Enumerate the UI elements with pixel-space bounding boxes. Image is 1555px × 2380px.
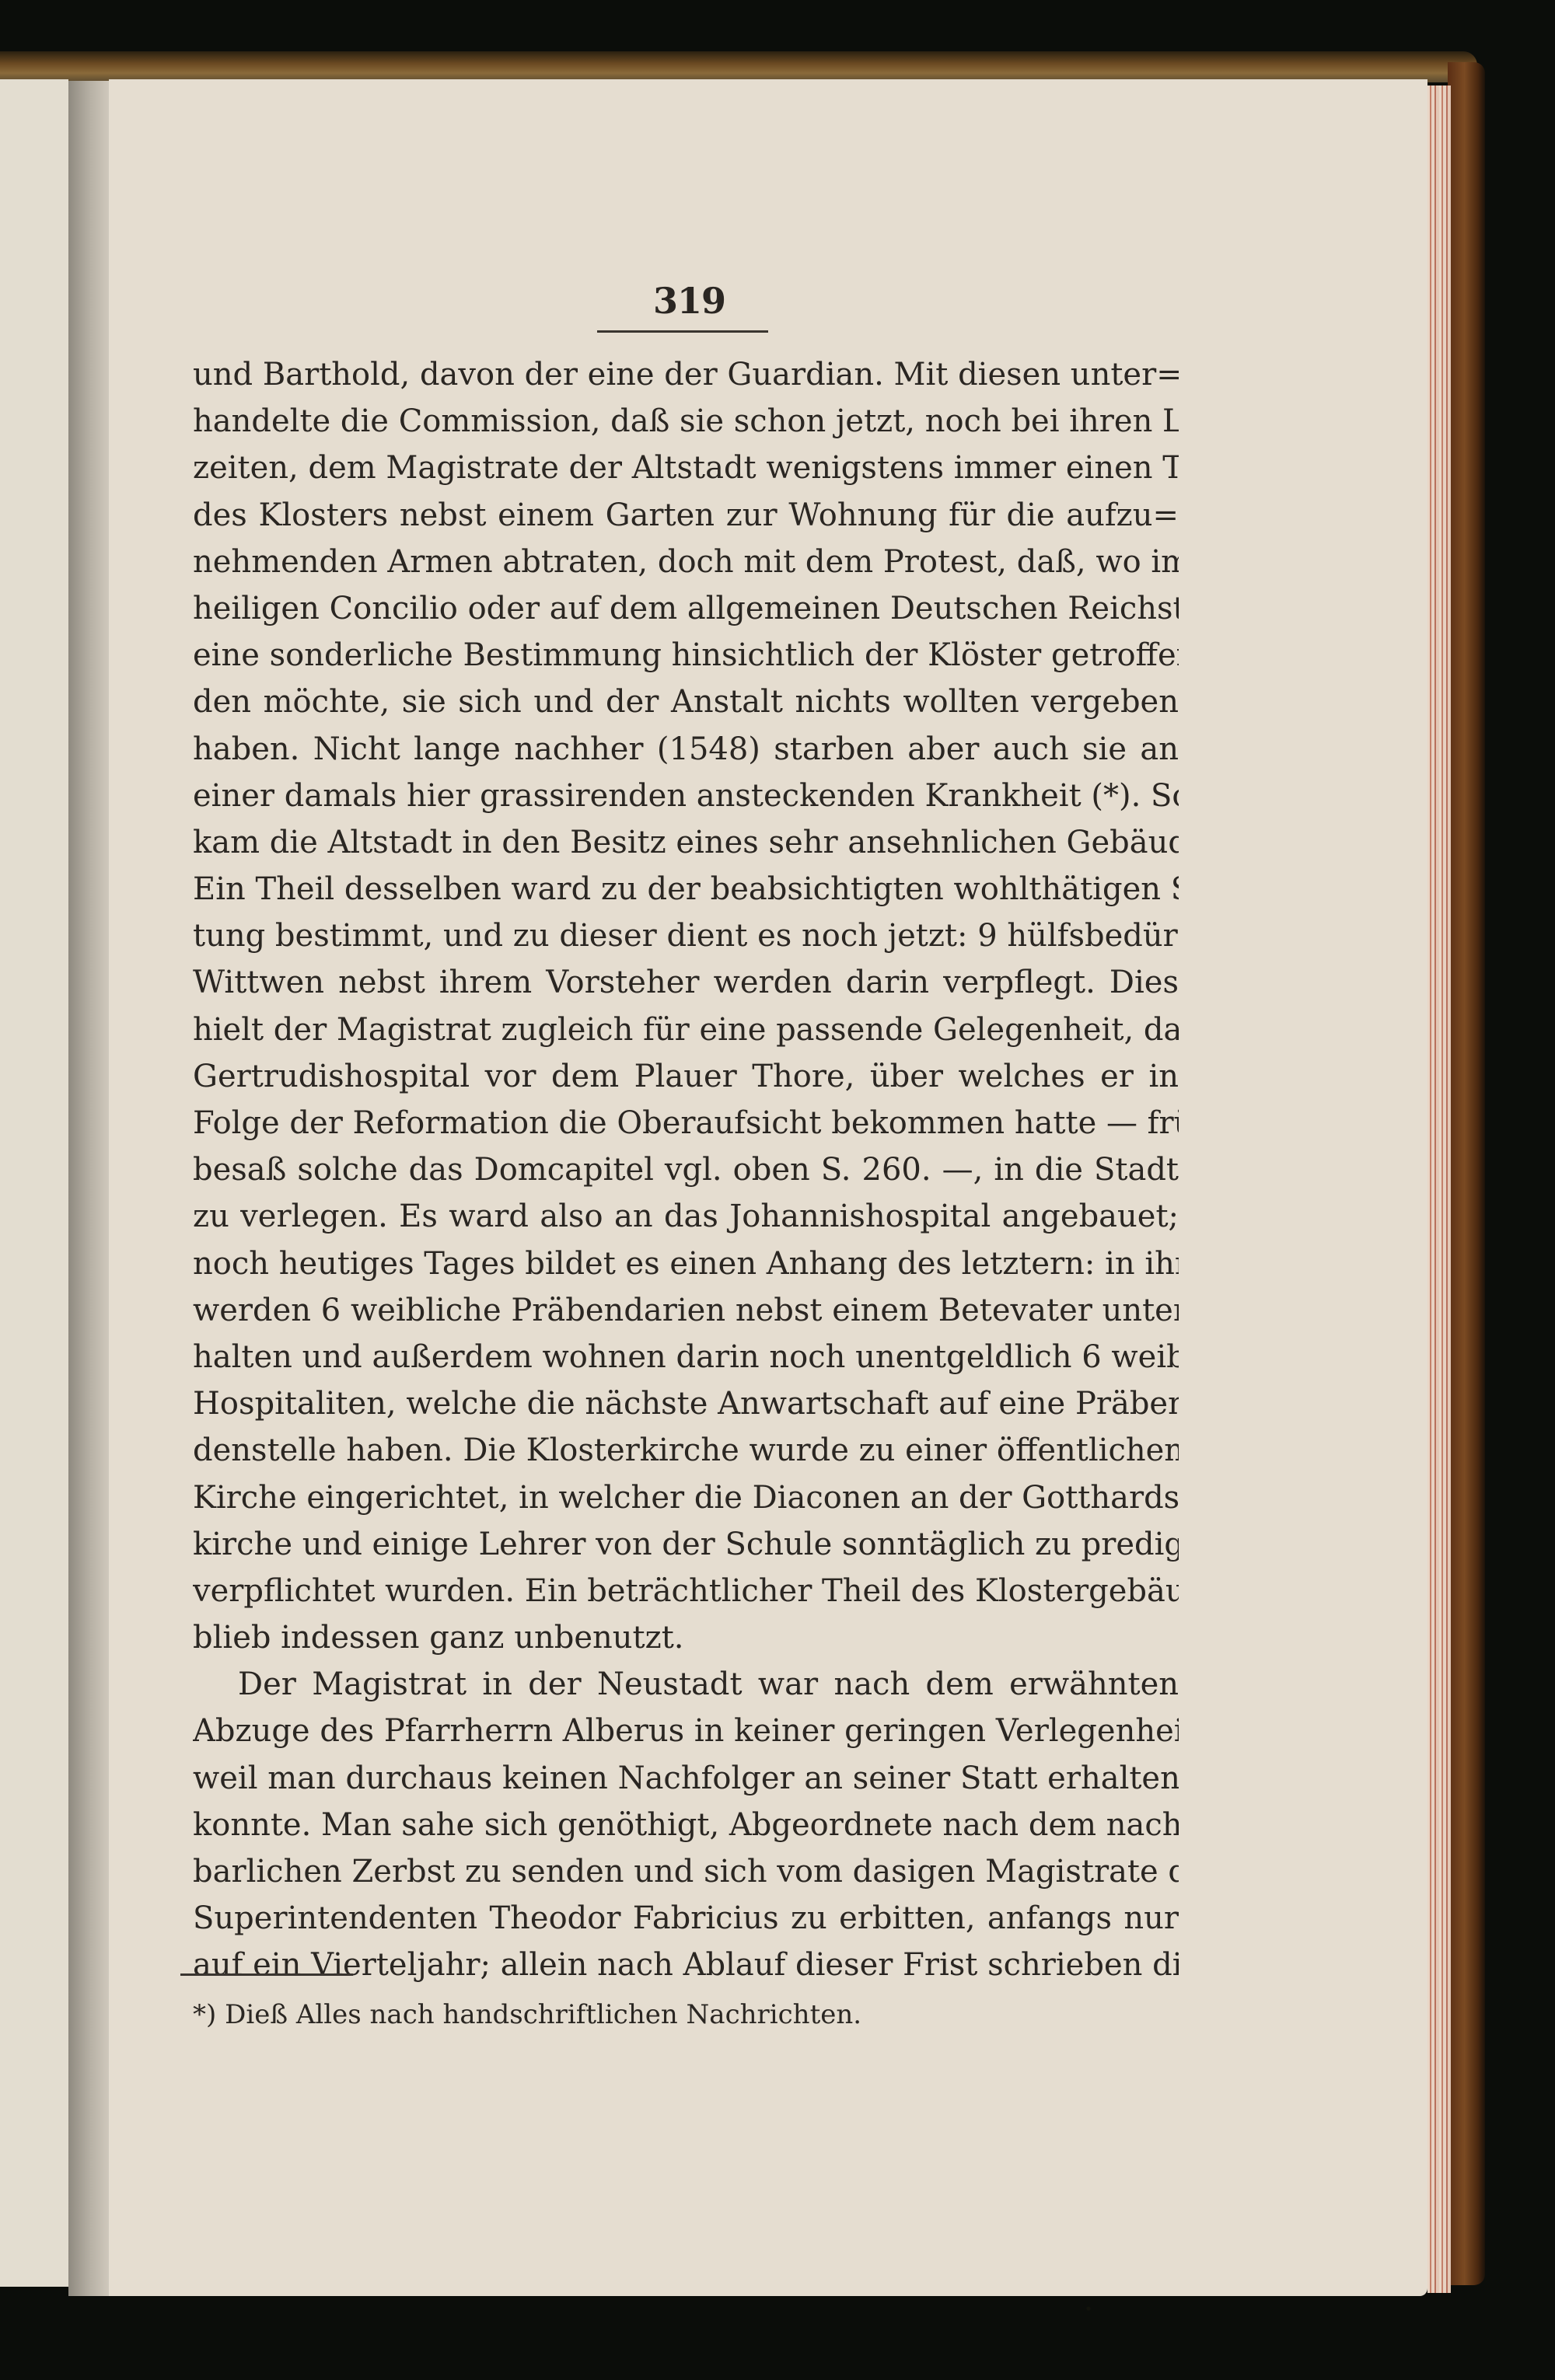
text-line: halten und außerdem wohnen darin noch un… xyxy=(193,1334,1179,1380)
text-line: blieb indessen ganz unbenutzt. xyxy=(193,1614,1179,1661)
text-line: Abzuge des Pfarrherrn Alberus in keiner … xyxy=(193,1708,1179,1754)
text-line: verpflichtet wurden. Ein beträchtlicher … xyxy=(193,1568,1179,1614)
text-line: Der Magistrat in der Neustadt war nach d… xyxy=(193,1661,1179,1708)
text-line: zeiten, dem Magistrate der Altstadt weni… xyxy=(193,445,1179,491)
text-line: Kirche eingerichtet, in welcher die Diac… xyxy=(193,1474,1179,1521)
text-line: besaß solche das Domcapitel vgl. oben S.… xyxy=(193,1146,1179,1193)
book-binding-top xyxy=(0,51,1477,82)
text-line: denstelle haben. Die Klosterkirche wurde… xyxy=(193,1427,1179,1474)
text-line: Folge der Reformation die Oberaufsicht b… xyxy=(193,1100,1179,1146)
book-binding-right xyxy=(1448,62,1485,2285)
text-line: Gertrudishospital vor dem Plauer Thore, … xyxy=(193,1053,1179,1100)
facing-page-edge xyxy=(0,79,68,2287)
text-line: heiligen Concilio oder auf dem allgemein… xyxy=(193,585,1179,632)
text-line: den möchte, sie sich und der Anstalt nic… xyxy=(193,679,1179,725)
text-line: werden 6 weibliche Präbendarien nebst ei… xyxy=(193,1287,1179,1334)
text-line: kirche und einige Lehrer von der Schule … xyxy=(193,1521,1179,1568)
text-line: handelte die Commission, daß sie schon j… xyxy=(193,398,1179,445)
text-line: zu verlegen. Es ward also an das Johanni… xyxy=(193,1193,1179,1240)
text-line: des Klosters nebst einem Garten zur Wohn… xyxy=(193,492,1179,539)
page-edge-stripes xyxy=(1427,85,1451,2293)
text-line: Superintendenten Theodor Fabricius zu er… xyxy=(193,1895,1179,1942)
text-line: haben. Nicht lange nachher (1548) starbe… xyxy=(193,726,1179,773)
text-line: tung bestimmt, und zu dieser dient es no… xyxy=(193,913,1179,959)
text-line: Ein Theil desselben ward zu der beabsich… xyxy=(193,866,1179,913)
text-line: und Barthold, davon der eine der Guardia… xyxy=(193,351,1179,398)
text-line: noch heutiges Tages bildet es einen Anha… xyxy=(193,1241,1179,1287)
paragraph-2: Der Magistrat in der Neustadt war nach d… xyxy=(193,1661,1179,1988)
text-line: barlichen Zerbst zu senden und sich vom … xyxy=(193,1848,1179,1895)
paragraph-1: und Barthold, davon der eine der Guardia… xyxy=(193,351,1179,1661)
footnote-rule xyxy=(180,1973,353,1976)
header-rule xyxy=(597,330,768,333)
gutter-shadow xyxy=(68,81,114,2296)
text-line: weil man durchaus keinen Nachfolger an s… xyxy=(193,1755,1179,1802)
text-line: konnte. Man sahe sich genöthigt, Abgeord… xyxy=(193,1802,1179,1848)
text-line: Hospitaliten, welche die nächste Anwarts… xyxy=(193,1380,1179,1427)
text-line: auf ein Vierteljahr; allein nach Ablauf … xyxy=(193,1942,1179,1988)
text-line: Wittwen nebst ihrem Vorsteher werden dar… xyxy=(193,959,1179,1006)
text-line: hielt der Magistrat zugleich für eine pa… xyxy=(193,1007,1179,1053)
body-text: und Barthold, davon der eine der Guardia… xyxy=(193,351,1179,1989)
footnote: *) Dieß Alles nach handschriftlichen Nac… xyxy=(193,1999,861,2030)
text-line: eine sonderliche Bestimmung hinsichtlich… xyxy=(193,632,1179,679)
text-line: einer damals hier grassirenden anstecken… xyxy=(193,773,1179,819)
text-line: nehmenden Armen abtraten, doch mit dem P… xyxy=(193,539,1179,585)
text-line: kam die Altstadt in den Besitz eines seh… xyxy=(193,819,1179,866)
page-number: 319 xyxy=(653,280,723,322)
